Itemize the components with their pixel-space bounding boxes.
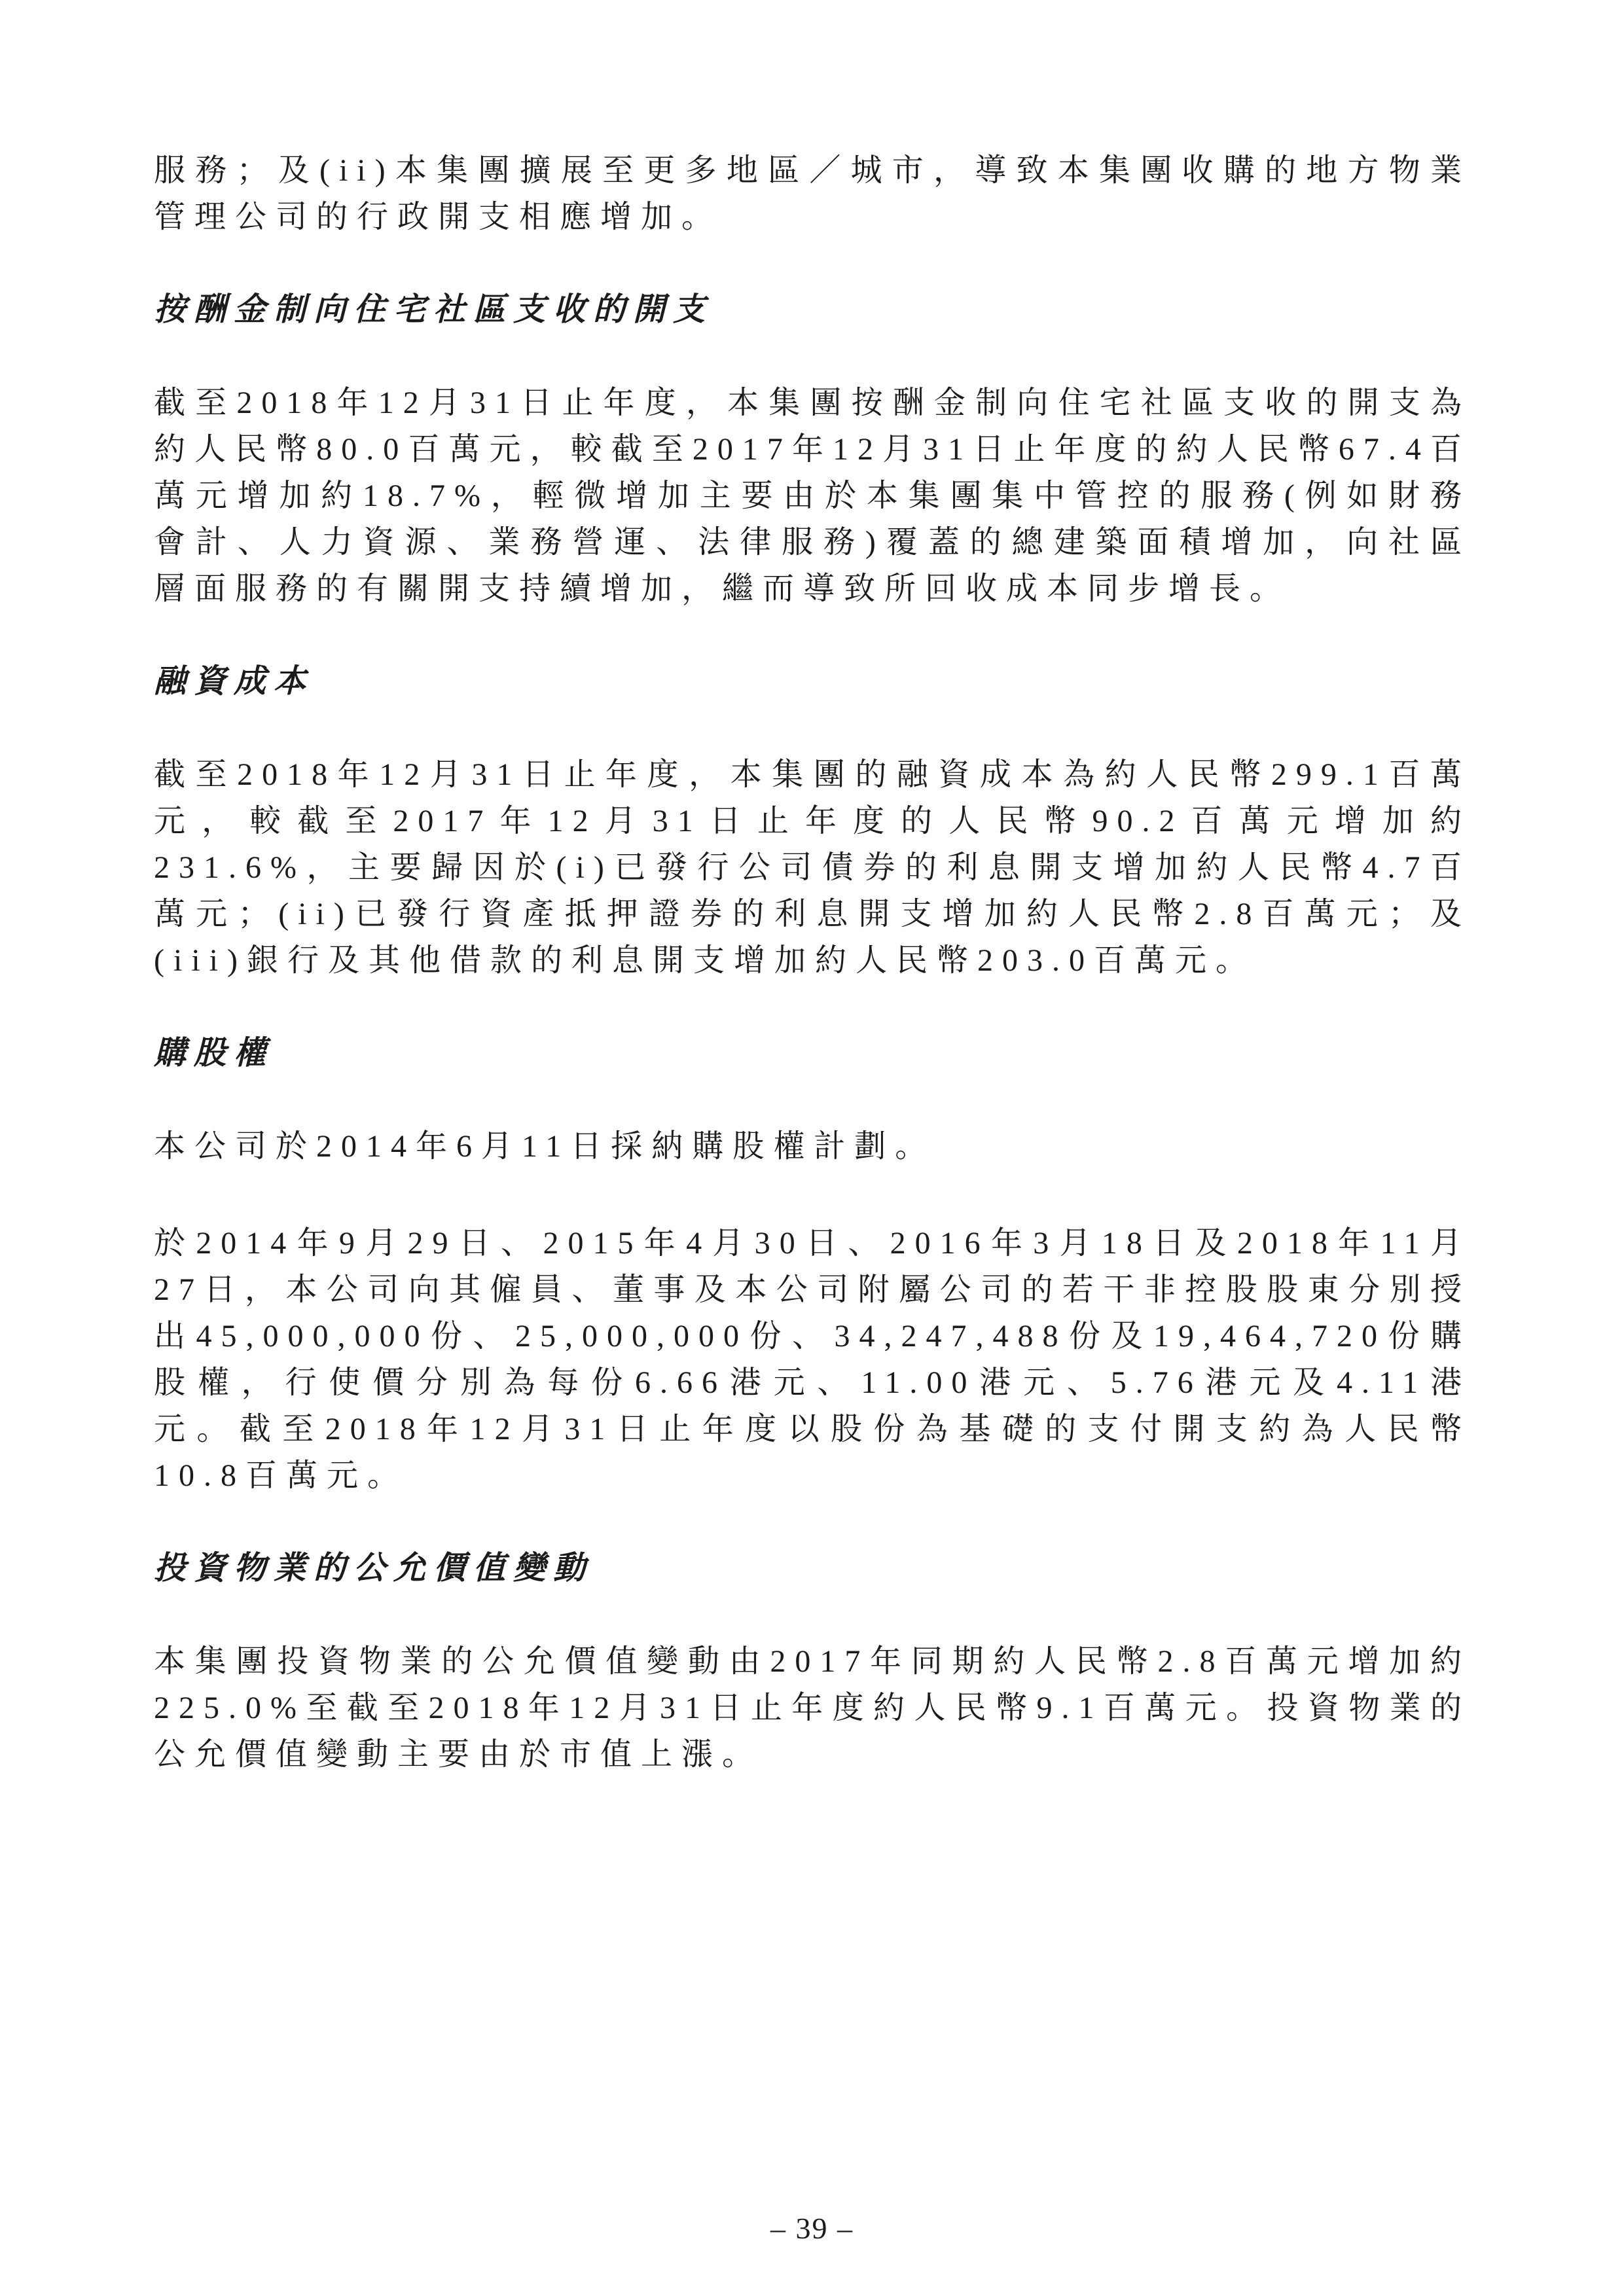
- paragraph-admin-expense-continuation: 服務；及(ii)本集團擴展至更多地區／城市，導致本集團收購的地方物業管理公司的行…: [154, 147, 1471, 240]
- paragraph-share-option-scheme-adoption: 本公司於2014年6月11日採納購股權計劃。: [154, 1123, 1471, 1170]
- paragraph-remuneration-basis-expenses: 截至2018年12月31日止年度，本集團按酬金制向住宅社區支收的開支為約人民幣8…: [154, 380, 1471, 612]
- page-content: 服務；及(ii)本集團擴展至更多地區／城市，導致本集團收購的地方物業管理公司的行…: [154, 147, 1471, 1778]
- section-heading-fair-value-change-investment-properties: 投資物業的公允價值變動: [154, 1545, 1471, 1591]
- report-page: 服務；及(ii)本集團擴展至更多地區／城市，導致本集團收購的地方物業管理公司的行…: [0, 0, 1624, 2296]
- section-heading-remuneration-basis-expenses: 按酬金制向住宅社區支收的開支: [154, 286, 1471, 332]
- paragraph-share-option-grants: 於2014年9月29日、2015年4月30日、2016年3月18日及2018年1…: [154, 1220, 1471, 1499]
- section-heading-finance-costs: 融資成本: [154, 658, 1471, 704]
- paragraph-finance-costs: 截至2018年12月31日止年度，本集團的融資成本為約人民幣299.1百萬元，較…: [154, 751, 1471, 984]
- page-number: – 39 –: [0, 2211, 1624, 2246]
- paragraph-fair-value-change-investment-properties: 本集團投資物業的公允價值變動由2017年同期約人民幣2.8百萬元增加約225.0…: [154, 1638, 1471, 1778]
- section-heading-share-options: 購股權: [154, 1030, 1471, 1076]
